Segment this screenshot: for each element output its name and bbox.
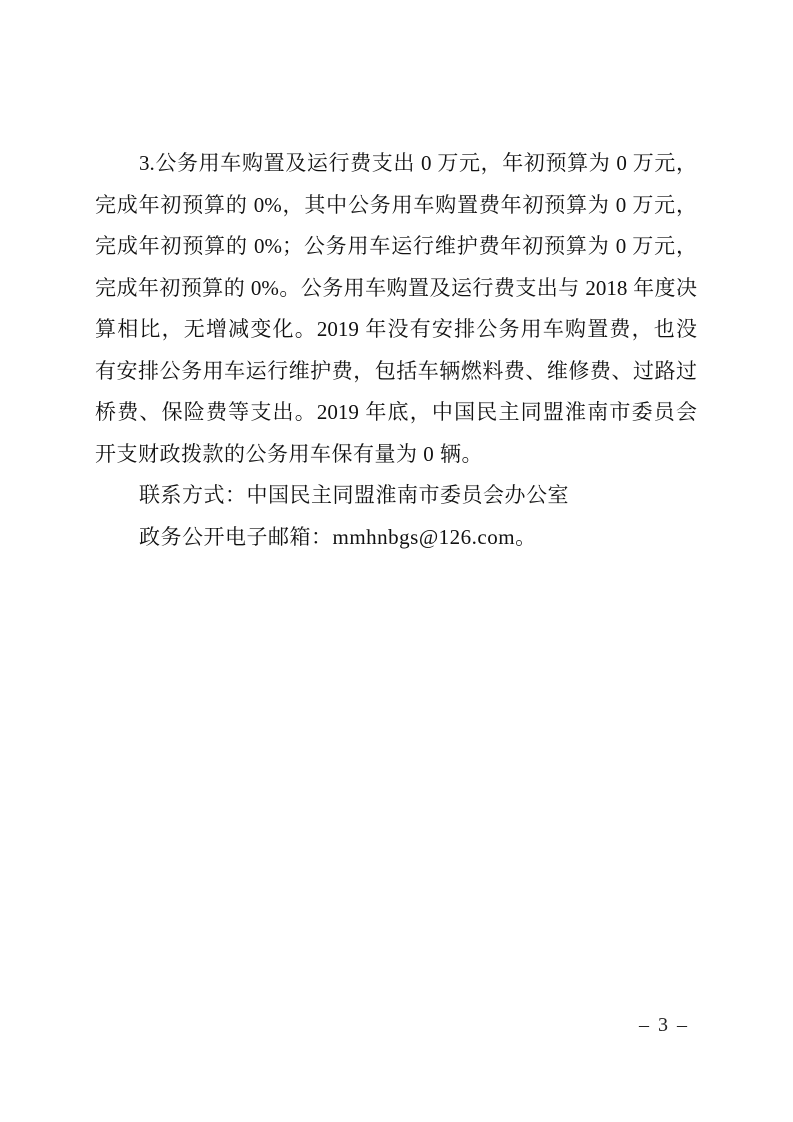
body-line: 有安排公务用车运行维护费，包括车辆燃料费、维修费、过路过 <box>95 351 697 393</box>
page-number: – 3 – <box>639 1012 689 1038</box>
body-line: 桥费、保险费等支出。2019 年底，中国民主同盟淮南市委员会 <box>95 392 697 434</box>
body-line: 政务公开电子邮箱：mmhnbgs@126.com。 <box>95 517 697 559</box>
body-line: 3.公务用车购置及运行费支出 0 万元，年初预算为 0 万元， <box>95 143 697 185</box>
body-line: 完成年初预算的 0%。公务用车购置及运行费支出与 2018 年度决 <box>95 268 697 310</box>
body-line: 联系方式：中国民主同盟淮南市委员会办公室 <box>95 475 697 517</box>
body-line: 算相比，无增减变化。2019 年没有安排公务用车购置费，也没 <box>95 309 697 351</box>
body-line: 完成年初预算的 0%；公务用车运行维护费年初预算为 0 万元， <box>95 226 697 268</box>
document-page: 3.公务用车购置及运行费支出 0 万元，年初预算为 0 万元，完成年初预算的 0… <box>0 0 793 1122</box>
body-line: 完成年初预算的 0%，其中公务用车购置费年初预算为 0 万元， <box>95 185 697 227</box>
body-line: 开支财政拨款的公务用车保有量为 0 辆。 <box>95 434 697 476</box>
document-body: 3.公务用车购置及运行费支出 0 万元，年初预算为 0 万元，完成年初预算的 0… <box>95 143 697 558</box>
